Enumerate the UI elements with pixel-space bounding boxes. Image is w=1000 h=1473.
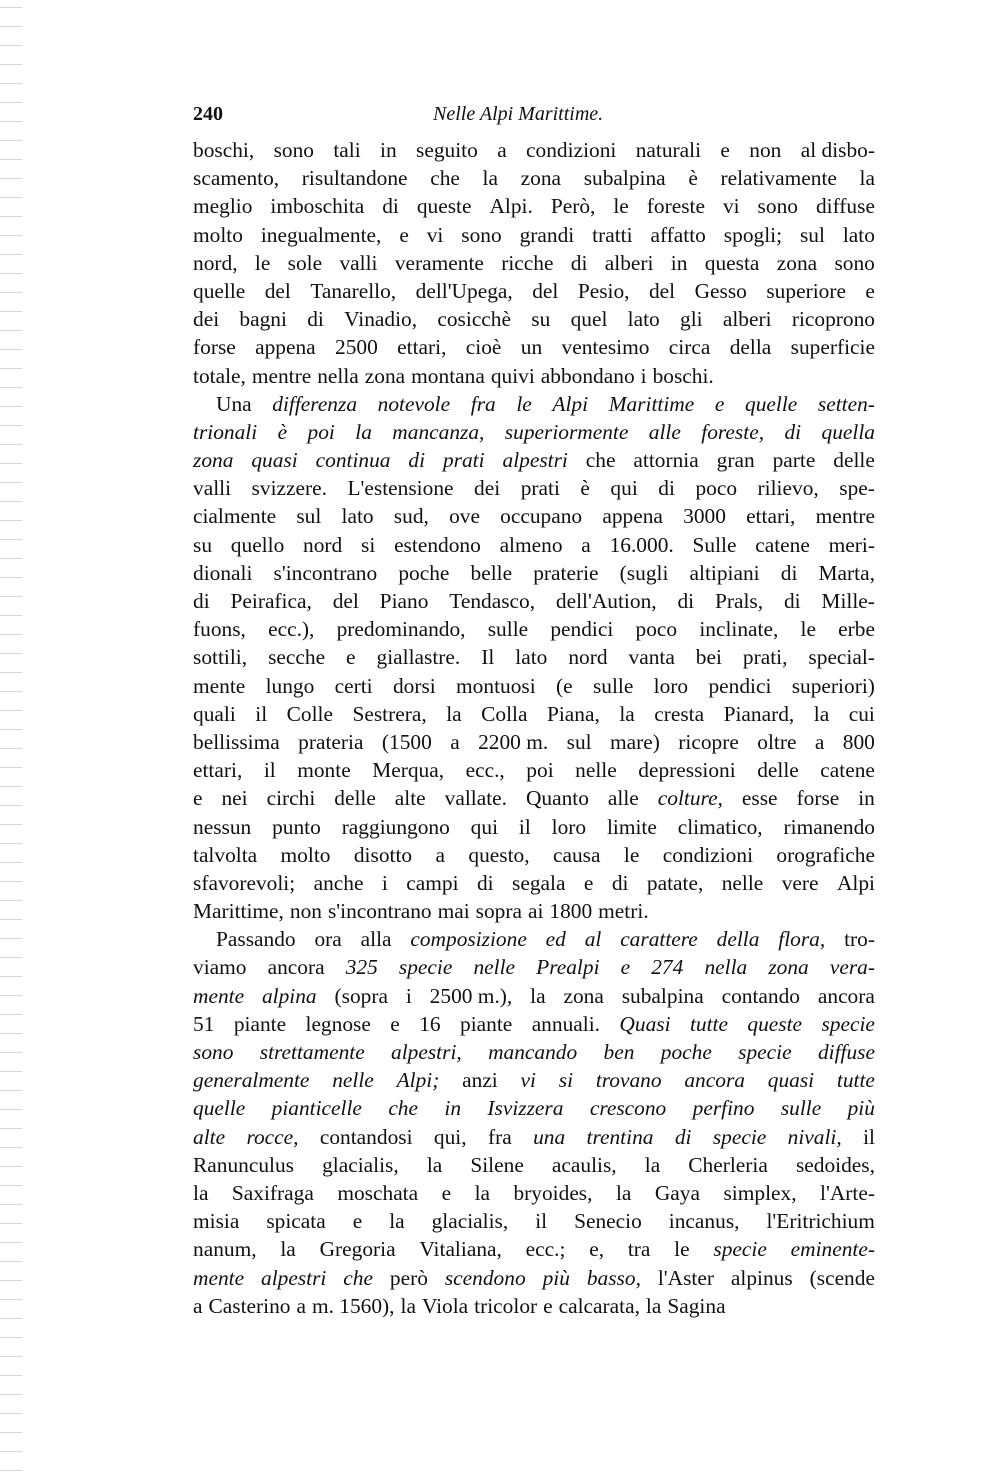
word: sedoides,: [796, 1151, 875, 1179]
word: fra: [471, 390, 496, 418]
word: zona: [768, 953, 808, 981]
text-line: UnadifferenzanotevolefraleAlpiMarittimee…: [193, 390, 875, 418]
word: Quanto: [526, 784, 589, 812]
word: tratti: [592, 221, 632, 249]
word: causa: [553, 841, 601, 869]
word: vere: [782, 869, 819, 897]
word: sfavorevoli;: [193, 869, 295, 897]
text-line: eneicirchidellealtevallate.Quantoallecol…: [193, 784, 875, 812]
word: piante: [460, 1010, 512, 1038]
word: mare): [610, 728, 660, 756]
text-line: dionalis'incontranopochebellepraterie(su…: [193, 559, 875, 587]
word: spicata: [266, 1207, 325, 1235]
word: questa: [705, 249, 760, 277]
word: in: [671, 249, 688, 277]
text-line: sottili,seccheegiallastre.Illatonordvant…: [193, 643, 875, 671]
word: in: [380, 136, 397, 164]
word: ecc.),: [268, 615, 314, 643]
word: fuons,: [193, 615, 246, 643]
word: che: [430, 164, 460, 192]
word: trionali: [193, 418, 257, 446]
word: e: [399, 221, 409, 249]
word: superficie: [791, 333, 875, 361]
word: talvolta: [193, 841, 257, 869]
word: ancora: [684, 1066, 745, 1094]
word: molto: [281, 841, 331, 869]
word: (sopra: [335, 982, 388, 1010]
text-line: suquellonordsiestendonoalmenoa16.000.Sul…: [193, 531, 875, 559]
word: nivali,: [788, 1123, 842, 1151]
word: cosicchè: [437, 305, 511, 333]
word: e,: [589, 1235, 604, 1263]
word: misia: [193, 1207, 239, 1235]
word: poi: [526, 756, 553, 784]
word: meglio: [193, 192, 252, 220]
word: Senecio: [574, 1207, 642, 1235]
word: 800: [843, 728, 875, 756]
word: dorsi: [393, 672, 436, 700]
text-line: trionalièpoilamancanza,superiormentealle…: [193, 418, 875, 446]
word: viamo: [193, 953, 246, 981]
word: alle: [608, 784, 639, 812]
text-line: fuons,ecc.),predominando,sullependicipoc…: [193, 615, 875, 643]
word: di: [307, 305, 324, 333]
word: Quasi: [619, 1010, 670, 1038]
text-line: sonostrettamentealpestri,mancandobenpoch…: [193, 1038, 875, 1066]
text-line: zonaquasicontinuadipratialpestricheattor…: [193, 446, 875, 474]
word: e: [543, 1292, 553, 1320]
word: 325: [346, 953, 378, 981]
word: acaulis,: [552, 1151, 617, 1179]
word: Marittime,: [193, 897, 284, 925]
word: cioè: [466, 333, 502, 361]
word: parte: [773, 446, 816, 474]
word: sole: [288, 249, 322, 277]
word: Però,: [551, 192, 596, 220]
word: svizzere.: [252, 474, 327, 502]
word: tra: [628, 1235, 651, 1263]
word: metri.: [598, 897, 649, 925]
word: Passando: [216, 925, 296, 953]
text-line: sfavorevoli;ancheicampidisegalaedipatate…: [193, 869, 875, 897]
word: lato: [843, 221, 875, 249]
word: ancora: [818, 982, 875, 1010]
word: nella: [704, 953, 747, 981]
text-line: mentelungocertidorsimontuosi(esullelorop…: [193, 672, 875, 700]
word: Alpi;: [397, 1066, 440, 1094]
word: del: [649, 277, 675, 305]
word: tro-: [844, 925, 875, 953]
word: strettamente: [260, 1038, 365, 1066]
word: Sulle: [693, 531, 737, 559]
word: e: [390, 1010, 400, 1038]
word: Vinadio,: [344, 305, 417, 333]
word: e: [865, 277, 875, 305]
word: nord: [303, 531, 342, 559]
word: nelle: [332, 1066, 374, 1094]
word: appena: [602, 502, 663, 530]
word: le: [613, 192, 628, 220]
word: a: [450, 728, 460, 756]
word: di: [408, 446, 425, 474]
word: e: [584, 869, 594, 897]
word: Viola: [422, 1292, 468, 1320]
word: naturali: [636, 136, 701, 164]
word: che: [388, 1094, 418, 1122]
word: ove: [449, 502, 480, 530]
word: di: [677, 587, 694, 615]
text-line: ettari,ilmonteMerqua,ecc.,poinelledepres…: [193, 756, 875, 784]
word: lato: [342, 502, 374, 530]
word: risultandone: [302, 164, 408, 192]
word: queste: [417, 192, 472, 220]
word: rocce,: [246, 1123, 298, 1151]
word: mancanza,: [392, 418, 484, 446]
word: e: [442, 1179, 452, 1207]
word: le: [801, 615, 816, 643]
word: boschi.: [653, 362, 714, 390]
word: 2200 m.: [478, 728, 548, 756]
word: monte: [297, 756, 350, 784]
word: glacialis,: [432, 1207, 509, 1235]
word: totale,: [193, 362, 246, 390]
word: annuali.: [532, 1010, 600, 1038]
word: raggiungono: [342, 813, 450, 841]
word: vallate.: [445, 784, 507, 812]
word: alpina: [262, 982, 317, 1010]
word: quelle: [193, 1094, 245, 1122]
word: l'Aster: [658, 1264, 714, 1292]
text-line: moltoinegualmente,evisonogranditrattiaff…: [193, 221, 875, 249]
word: sul: [800, 221, 825, 249]
text-line: mentealpestricheperòscendonopiùbasso,l'A…: [193, 1264, 875, 1292]
text-line: mentealpina(soprai2500 m.),lazonasubalpi…: [193, 982, 875, 1010]
word: belle: [471, 559, 513, 587]
word: prati: [443, 446, 485, 474]
word: moschata: [337, 1179, 418, 1207]
text-line: Ranunculusglacialis,laSileneacaulis,laCh…: [193, 1151, 875, 1179]
word: sottili,: [193, 643, 247, 671]
word: fra: [488, 1123, 512, 1151]
word: tali: [333, 136, 360, 164]
word: cresta: [654, 700, 704, 728]
word: le: [255, 249, 270, 277]
word: poche: [661, 1038, 712, 1066]
word: nord,: [193, 249, 238, 277]
word: s'incontrano: [274, 559, 378, 587]
word: valli: [193, 474, 231, 502]
word: praterie: [533, 559, 598, 587]
word: di: [784, 418, 801, 446]
word: Cherleria: [688, 1151, 768, 1179]
word: contando: [722, 982, 800, 1010]
word: estendono: [394, 531, 481, 559]
word: simplex,: [723, 1179, 796, 1207]
word: ecc.;: [526, 1235, 566, 1263]
word: 51: [193, 1010, 214, 1038]
text-line: nord,lesolevalliveramentericchedialberii…: [193, 249, 875, 277]
word: dei: [474, 474, 500, 502]
word: non: [290, 897, 322, 925]
word: glacialis,: [322, 1151, 399, 1179]
word: di: [571, 249, 588, 277]
word: di: [784, 587, 801, 615]
word: Ranunculus: [193, 1151, 294, 1179]
word: 2500: [335, 333, 378, 361]
word: del: [333, 587, 359, 615]
word: è: [278, 418, 288, 446]
word: Pesio,: [578, 277, 630, 305]
word: poco: [636, 615, 678, 643]
word: scamento,: [193, 164, 279, 192]
word: il: [519, 813, 531, 841]
word: segala: [512, 869, 565, 897]
word: 16.000.: [610, 531, 674, 559]
word: oltre: [757, 728, 796, 756]
word: al: [585, 925, 602, 953]
word: circhi: [267, 784, 316, 812]
word: di: [675, 1123, 692, 1151]
word: Mille-: [821, 587, 874, 615]
word: valli: [339, 249, 377, 277]
word: Colla: [481, 700, 527, 728]
word: il: [863, 1123, 875, 1151]
word: e: [353, 1207, 363, 1235]
word: Alpi.: [489, 192, 532, 220]
word: queste: [747, 1010, 802, 1038]
word: poche: [398, 559, 449, 587]
word: delle: [757, 756, 799, 784]
word: le: [674, 1235, 689, 1263]
word: i: [406, 982, 412, 1010]
text-line: cialmentesullatosud,oveoccupanoappena300…: [193, 502, 875, 530]
word: esse: [742, 784, 778, 812]
word: al disbo-: [801, 136, 875, 164]
body-text: boschi,sonotaliinseguitoacondizioninatur…: [193, 136, 875, 1320]
word: Sagina: [667, 1292, 725, 1320]
word: quello: [231, 531, 284, 559]
word: sulle: [593, 672, 633, 700]
word: prati: [521, 474, 560, 502]
word: Prealpi: [536, 953, 599, 981]
word: superiormente: [505, 418, 629, 446]
word: in: [444, 1094, 461, 1122]
word: Alpi: [837, 869, 875, 897]
word: sono: [461, 221, 501, 249]
word: mente: [193, 1264, 244, 1292]
word: delle: [833, 446, 875, 474]
word: alpestri: [503, 446, 568, 474]
word: (e: [556, 672, 573, 700]
text-line: viamoancora325specienellePrealpie274nell…: [193, 953, 875, 981]
word: Saxifraga: [232, 1179, 314, 1207]
word: ettari,: [746, 502, 795, 530]
word: quelle: [193, 277, 245, 305]
word: colture,: [658, 784, 723, 812]
word: alpestri,: [391, 1038, 462, 1066]
word: forse: [797, 784, 840, 812]
word: giallastre.: [377, 643, 461, 671]
word: specie: [821, 1010, 874, 1038]
page-number: 240: [193, 103, 223, 126]
word: lato: [628, 305, 660, 333]
word: imboschita: [270, 192, 364, 220]
word: di: [612, 869, 629, 897]
word: foreste: [647, 192, 705, 220]
word: catene: [755, 531, 810, 559]
word: la: [814, 700, 829, 728]
word: limite: [607, 813, 657, 841]
word: montuosi: [456, 672, 536, 700]
word: tutte: [837, 1066, 875, 1094]
word: diffuse: [818, 1038, 875, 1066]
word: mancando: [488, 1038, 577, 1066]
word: ricche: [501, 249, 553, 277]
word: di: [193, 587, 210, 615]
word: 274: [651, 953, 683, 981]
word: quali: [193, 700, 236, 728]
text-line: quelledelTanarello,dell'Upega,delPesio,d…: [193, 277, 875, 305]
word: e: [720, 136, 730, 164]
word: ricopre: [678, 728, 739, 756]
word: Alpi: [552, 390, 588, 418]
word: Gaya: [655, 1179, 700, 1207]
word: ecc.,: [466, 756, 505, 784]
word: qui,: [434, 1123, 467, 1151]
word: condizioni: [526, 136, 616, 164]
word: Tendasco,: [449, 587, 535, 615]
word: Pianard,: [724, 700, 795, 728]
word: il: [264, 756, 276, 784]
word: vi: [427, 221, 444, 249]
word: Una: [216, 390, 252, 418]
word: mente: [193, 672, 245, 700]
word: e: [621, 953, 631, 981]
word: piante: [234, 1010, 286, 1038]
word: diffuse: [816, 192, 875, 220]
word: climatico,: [678, 813, 763, 841]
word: l'Eritrichium: [766, 1207, 874, 1235]
word: sul: [567, 728, 592, 756]
word: la: [355, 418, 372, 446]
text-line: laSaxifragamoschataelabryoides,laGayasim…: [193, 1179, 875, 1207]
word: la: [427, 1151, 442, 1179]
word: bellissima: [193, 728, 280, 756]
word: qui: [610, 474, 637, 502]
word: zona: [777, 249, 817, 277]
word: su: [193, 531, 212, 559]
word: ventesimo: [562, 333, 650, 361]
word: Tanarello,: [310, 277, 396, 305]
word: loro: [654, 672, 688, 700]
word: prati,: [743, 643, 788, 671]
word: alpestri: [261, 1264, 326, 1292]
word: L'estensione: [347, 474, 453, 502]
paragraph: boschi,sonotaliinseguitoacondizioninatur…: [193, 136, 875, 390]
word: mai: [438, 897, 470, 925]
word: cui: [849, 700, 875, 728]
word: del: [265, 277, 291, 305]
word: sono: [274, 136, 314, 164]
word: inclinate,: [699, 615, 778, 643]
word: nelle: [575, 756, 617, 784]
word: setten-: [818, 390, 875, 418]
word: boschi,: [193, 136, 254, 164]
word: erbe: [838, 615, 875, 643]
word: nanum,: [193, 1235, 257, 1263]
word: quel: [571, 305, 608, 333]
word: alberi: [723, 305, 772, 333]
word: inegualmente,: [261, 221, 382, 249]
word: crescono: [590, 1094, 666, 1122]
word: vera-: [830, 953, 875, 981]
word: sono: [834, 249, 874, 277]
word: m. 1560),: [312, 1292, 395, 1320]
word: di: [781, 559, 798, 587]
word: molto: [193, 221, 243, 249]
word: a: [436, 841, 446, 869]
word: le: [624, 841, 639, 869]
word: l'Arte-: [820, 1179, 875, 1207]
word: la: [616, 1179, 631, 1207]
word: specie: [738, 1038, 791, 1066]
word: alberi: [605, 249, 654, 277]
word: rilievo,: [758, 474, 819, 502]
word: notevole: [378, 390, 450, 418]
word: subalpina: [622, 982, 704, 1010]
word: ben: [604, 1038, 635, 1066]
word: bei: [696, 643, 722, 671]
word: zona: [563, 982, 603, 1010]
word: trovano: [596, 1066, 662, 1094]
word: superiore: [766, 277, 846, 305]
word: lato: [515, 643, 547, 671]
word: 3000: [683, 502, 726, 530]
word: è: [688, 164, 698, 192]
text-line: 51piantelegnosee16pianteannuali.Quasitut…: [193, 1010, 875, 1038]
paragraph: Passandooraallacomposizioneedalcarattere…: [193, 925, 875, 1320]
word: continua: [316, 446, 391, 474]
word: scendono: [445, 1264, 526, 1292]
word: della: [730, 333, 772, 361]
word: punto: [272, 813, 321, 841]
word: questo,: [468, 841, 529, 869]
word: seguito: [416, 136, 478, 164]
text-line: scamento,risultandonechelazonasubalpinaè…: [193, 164, 875, 192]
word: generalmente: [193, 1066, 309, 1094]
word: zona: [521, 164, 561, 192]
word: affatto: [650, 221, 705, 249]
word: veramente: [395, 249, 484, 277]
word: alla: [361, 925, 392, 953]
word: carattere: [620, 925, 698, 953]
word: nelle: [722, 869, 764, 897]
text-line: deibagnidiVinadio,cosicchèsuquellatoglia…: [193, 305, 875, 333]
word: differenza: [272, 390, 357, 418]
word: che: [586, 446, 616, 474]
word: Merqua,: [372, 756, 444, 784]
word: la: [475, 1179, 490, 1207]
word: bryoides,: [513, 1179, 592, 1207]
word: e: [193, 784, 203, 812]
word: nord: [568, 643, 607, 671]
text-line: Marittime,nons'incontranomaisopraai1800m…: [193, 897, 875, 925]
word: mentre: [252, 362, 311, 390]
word: delle: [334, 784, 376, 812]
word: dionali: [193, 559, 252, 587]
text-line: boschi,sonotaliinseguitoacondizioninatur…: [193, 136, 875, 164]
word: prateria: [298, 728, 363, 756]
